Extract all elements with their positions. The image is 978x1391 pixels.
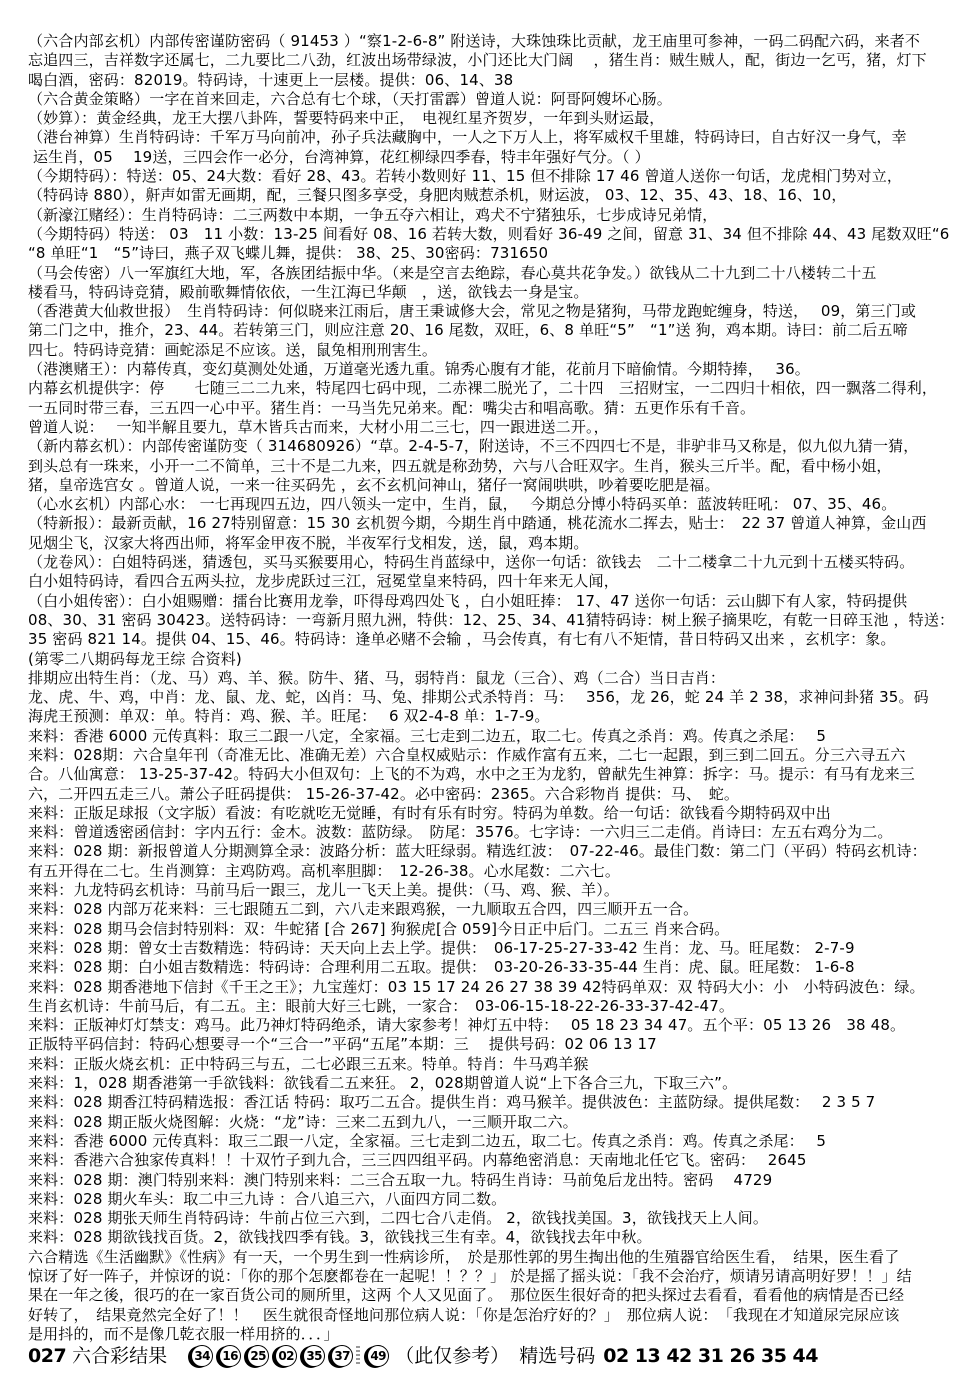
paragraph-xinshui-xuanji: （心水玄机）内部心水： 一七再现四五边，四八领头一定中，生肖，鼠， 今期总分博小… <box>28 495 968 514</box>
result-ball: 34 <box>191 1345 213 1367</box>
paragraph-gangtai-shensuan: （港台神算）生肖特码诗：千军万马向前冲，孙子兵法藏胸中，一人之下万人上，将军威权… <box>28 128 968 167</box>
paragraph-zengnvshi-jishu: 来料：028 期：曾女士吉数精选：特码诗：天天向上去上学。提供： 06-17-2… <box>28 939 968 958</box>
paragraph-zuqiubao: 来料：正版足球报（文字版）看波：有吃就吃无觉睡，有时有乐有时穷。特码为单数。给一… <box>28 804 968 823</box>
paragraph-hongkong-6000-fax-1: 来料：香港 6000 元传真料：取三二跟一八定，全家福。三七走到二边五，取二七。… <box>28 727 968 746</box>
paragraph-yuqian-baihuo: 来料：028 期欲钱找百货。2，欲钱找四季有钱。3，欲钱找三生有幸。4，欲钱找去… <box>28 1228 968 1247</box>
paragraph-huochetou: 来料：028 期火车头：取二中三九诗 ：合八追三六，八面四方同二数。 <box>28 1190 968 1209</box>
paragraph-dujia-chuanzhen: 来料：香港六合独家传真料！！十双竹子到九合，三三四四组平码。内幕绝密消息：天南地… <box>28 1151 968 1170</box>
result-balls: 34 16 25 02 35 37 49 <box>185 1345 389 1367</box>
result-ball: 35 <box>303 1345 325 1367</box>
paragraph-huoshao-tujie: 来料：028 期正版火烧图解：火烧：“龙”诗：三来二五到九八，一三顺开取二六。 <box>28 1113 968 1132</box>
paragraph-paiqi-shengxiao: 排期应出特生肖：（龙、马）鸡、羊、猴。防牛、猪、马，弱特肖：鼠龙（三合）、鸡（二… <box>28 669 968 727</box>
section-heading-028-data: (第零二八期码每龙王综 合资料) <box>28 650 968 669</box>
paragraph-baixiaojie-chuanmi: （白小姐传密）：白小姐赐赠：擂台比赛用龙拳，吓得母鸡四处飞 ，白小姐旺捧： 17… <box>28 592 968 650</box>
paragraph-dixia-xinfeng: 来料：028 期香港地下信封《千王之王》；九宝莲灯：03 15 17 24 26… <box>28 978 968 1017</box>
paragraph-mahui-xinfeng: 来料：028 期马会信封特别料：双：牛蛇猪 [合 267] 狗猴虎[合 059]… <box>28 920 968 939</box>
picks-numbers: 02 13 42 31 26 35 44 <box>603 1344 818 1368</box>
paragraph-tema-shi-880: （特码诗 880），鼾声如雷无画期，配，三餐只图多享受，身肥肉贼惹杀机，财运波，… <box>28 186 968 205</box>
issue-number: 027 <box>28 1344 66 1368</box>
paragraph-liuhehuang-niankan: 来料：028期：六合皇年刊（奇准无比、准确无差）六合皇权威贴示：作威作富有五来，… <box>28 746 968 804</box>
paragraph-zengdao-xinfeng: 来料：曾道透密函信封：字内五行：金木。波数：蓝防绿。 防尾：3576。七字诗：一… <box>28 823 968 842</box>
paragraph-liuhe-neibu-xuanji: （六合内部玄机）内部传密谨防密码（ 91453 ）“察1-2-6-8” 附送诗，… <box>28 32 968 90</box>
special-ball: 49 <box>367 1345 389 1367</box>
picks-label: 精选号码 <box>519 1344 595 1368</box>
disclaimer-note: （此仅参考） <box>395 1344 509 1368</box>
result-ball: 16 <box>219 1345 241 1367</box>
paragraph-xiangjiang-tema: 来料：028 期香江特码精选报：香江话 特码：取巧二五合。提供生肖：鸡马猴羊。提… <box>28 1093 968 1112</box>
paragraph-zengdaoren-shuo: 曾道人说： 一知半解且要九，草木皆兵古而来，大材小用二三七，四一跟进送二开。， <box>28 418 968 437</box>
paragraph-mahui-chuanmi: （马会传密）八一军旗红大地，军，各族团结振中华。（来是空言去绝踪，春心莫共花争发… <box>28 264 968 303</box>
paragraph-diyishou-yuqian: 来料：1，028 期香港第一手欲钱料：欲钱看二五来狂。 2，028期曾道人说“上… <box>28 1074 968 1093</box>
paragraph-gangao-duwang: （港澳赌王）：内幕传真，变幻莫测处处通，万道毫光透九重。锦秀心腹有才能，花前月下… <box>28 360 968 379</box>
paragraph-huangjin-celue: （六合黄金策略）一字在首来回走，六合总有七个球，（天打雷霹）曾道人说：阿哥阿嫂坏… <box>28 90 968 109</box>
paragraph-miaosuan: （妙算）：黄金经典，龙王大摆八卦阵，誓要特码来中正， 电视红星齐贺岁，一年到头财… <box>28 109 968 128</box>
paragraph-xin-neimu-xuanji: （新内幕玄机）：内部传密谨防变（ 314680926）“草。2-4-5-7，附送… <box>28 437 968 495</box>
paragraph-tepingma-xinfeng: 正版特平码信封：特码心想要寻一个“三合一”平码“五尾”本期：三 提供号码：02 … <box>28 1035 968 1054</box>
paragraph-neimu-xuanji-tigongzi: 内幕玄机提供字：停 七随三二二九来，特尾四七码中现，二赤裸二脱光了，二十四 三招… <box>28 379 968 418</box>
result-ball: 02 <box>275 1345 297 1367</box>
paragraph-aomen-tebie: 来料：028 期：澳门特别来料：澳门特别来料：二三合五取一九。特码生肖诗：马前兔… <box>28 1171 968 1190</box>
paragraph-xin-haojiang-dujing: （新濠江赌经）：生肖特码诗：二三两数中本期，一争五夺六相让，鸡犬不宁猪独乐，七步… <box>28 206 968 225</box>
results-footer: 027 六合彩结果 34 16 25 02 35 37 49 （此仅参考） 精选… <box>28 1344 968 1368</box>
paragraph-neibu-wanhua: 来料：028 内部万花来料：三七跟随五二到，六八走来跟鸡猴，一九顺取五合四，四三… <box>28 900 968 919</box>
special-number-separator-icon <box>356 1346 360 1366</box>
paragraph-zhangtianshi: 来料：028 期张天师生肖特码诗：牛前占位三六到，二四七合八走俏。 2，欲钱找美… <box>28 1209 968 1228</box>
paragraph-xinbao-zengdaoren: 来料：028 期：新报曾道人分期测算全录：波路分析：蓝大旺绿弱。精选红波： 07… <box>28 842 968 881</box>
paragraph-texinbao: （特新报）：最新贡献，16 27特别留意：15 30 玄机贺今期，今期生肖中踏通… <box>28 514 968 553</box>
paragraph-jinqi-tema-1: （今期特码）：特送：05、24大数：看好 28、43。若转小数则好 11、15 … <box>28 167 968 186</box>
paragraph-shendeng: 来料：正版神灯灯禁支：鸡马。此乃神灯特码绝杀，请大家参考！神灯五中特： 05 1… <box>28 1016 968 1035</box>
paragraph-baixiaojie-jishu: 来料：028 期：白小姐吉数精选：特码诗：合理利用二五取。提供： 03-20-2… <box>28 958 968 977</box>
paragraph-huangdaxian-jiushibao: （香港黄大仙救世报） 生肖特码诗：何似晓来江雨后，唐王秉诚修大会，常见之物是猪狗… <box>28 302 968 360</box>
paragraph-jinqi-tema-2: （今期特码）特送： 03 11 小数：13-25 间看好 08、16 若转大数，… <box>28 225 968 264</box>
document-page: （六合内部玄机）内部传密谨防密码（ 91453 ）“察1-2-6-8” 附送诗，… <box>28 32 968 1368</box>
paragraph-jiulong-tema: 来料：九龙特码玄机诗：马前马后一跟三，龙儿一飞天上美。提供：（马、鸡、猴、羊）。 <box>28 881 968 900</box>
paragraph-shenghuo-youmo: 六合精选《生活幽默》《性病》有一天，一个男生到一性病诊所， 於是那性郭的男生掏出… <box>28 1248 968 1344</box>
paragraph-huoshao-xuanji: 来料：正版火烧玄机：正中特码三与五，二七必跟三五来。特单。特肖：牛马鸡羊猴 <box>28 1055 968 1074</box>
paragraph-hongkong-6000-fax-2: 来料：香港 6000 元传真料：取三二跟一八定，全家福。三七走到二边五，取二七。… <box>28 1132 968 1151</box>
result-ball: 25 <box>247 1345 269 1367</box>
paragraph-longjuanfeng: （龙卷风）：白姐特码迷，猜透包，买马买猴要用心，特码生肖蓝绿中，送你一句话：欲钱… <box>28 553 968 592</box>
results-title: 六合彩结果 <box>72 1344 167 1368</box>
result-ball: 37 <box>331 1345 353 1367</box>
